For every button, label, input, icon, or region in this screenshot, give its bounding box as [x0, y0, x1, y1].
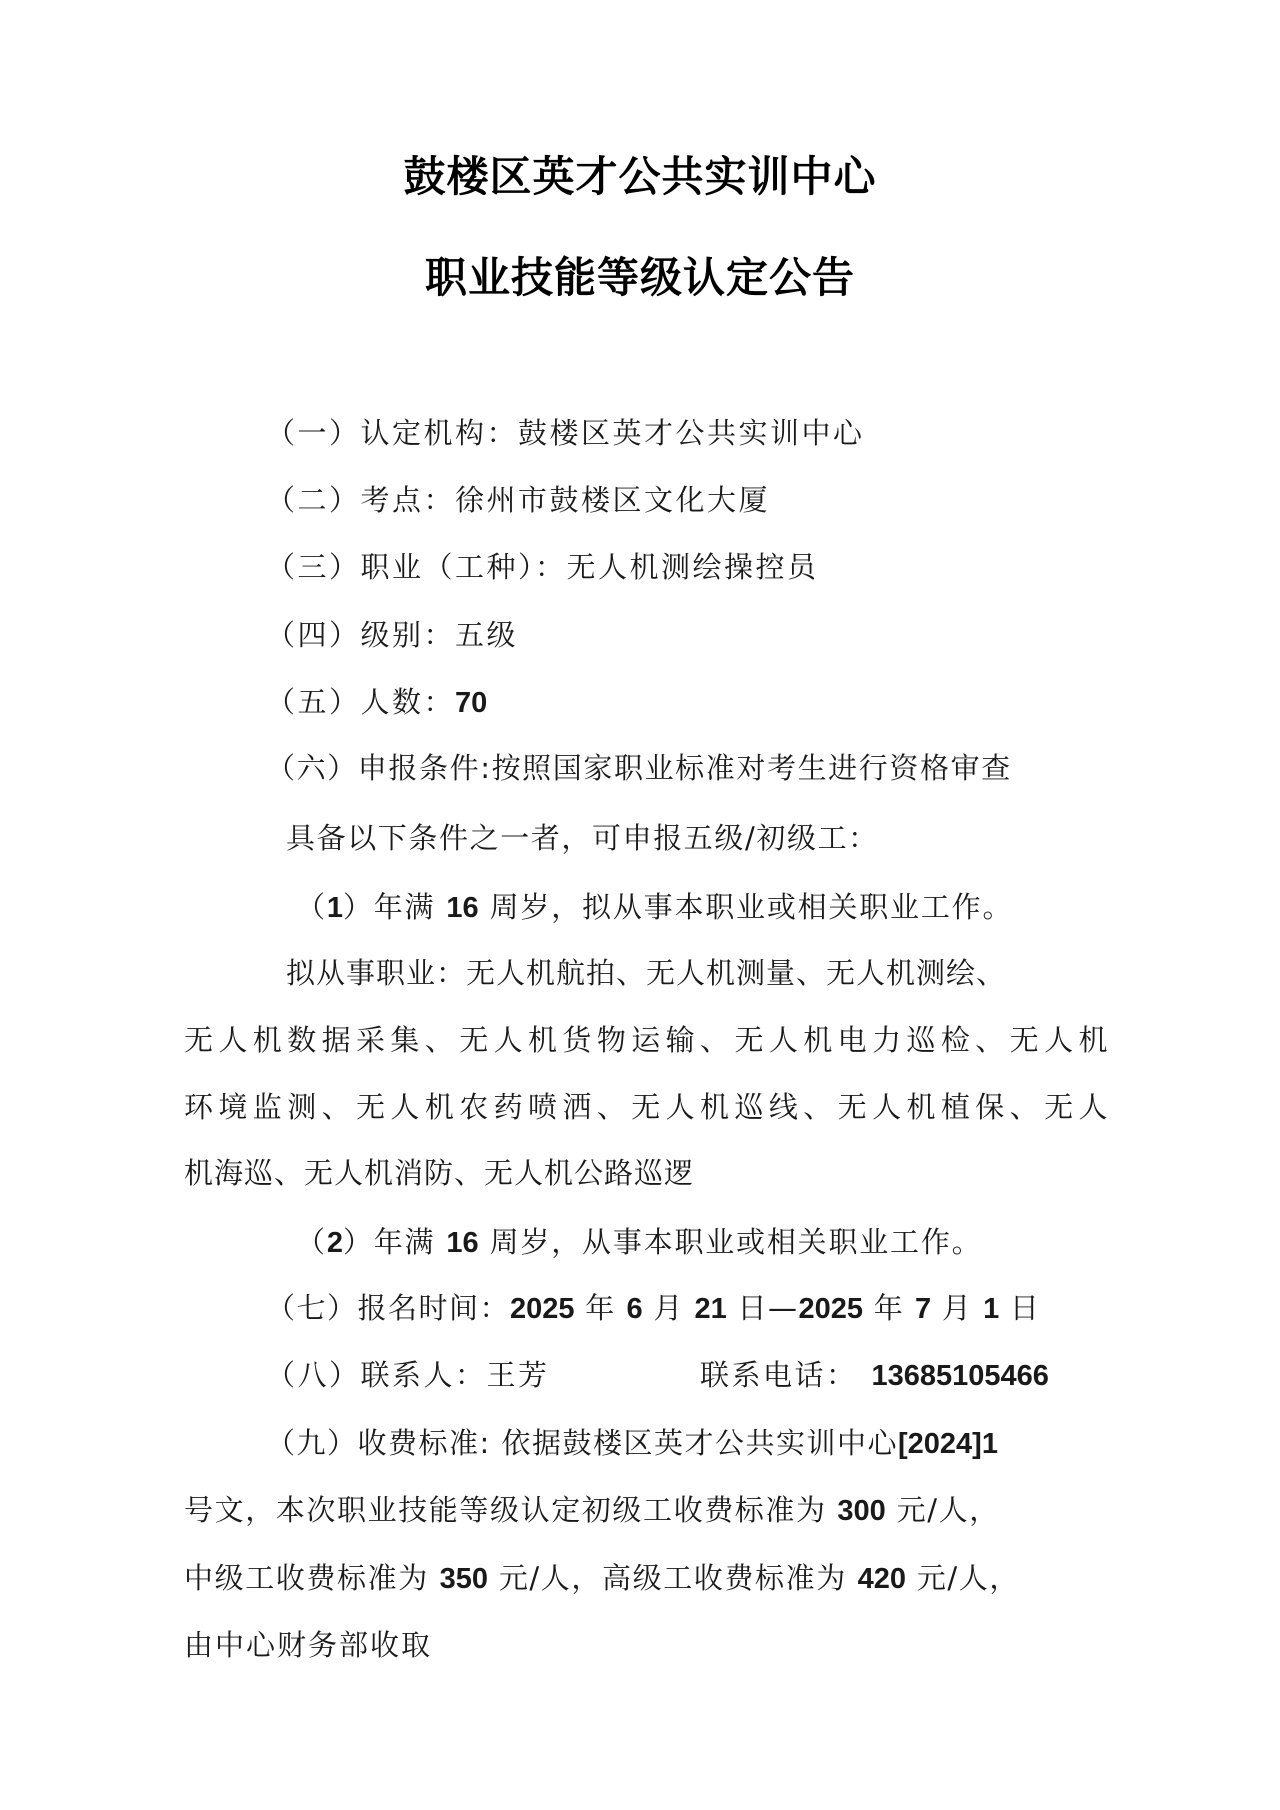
- fee-basis: 依据鼓楼区英才公共实训中心: [502, 1426, 899, 1460]
- start-day: 21: [695, 1293, 727, 1325]
- item-value: 无人机测绘操控员: [567, 550, 819, 584]
- item-label: （二）考点：: [266, 483, 455, 517]
- item-contact-phone: 联系电话：13685105466: [700, 1355, 1049, 1396]
- fee-junior: 300: [837, 1495, 885, 1527]
- age: 16: [446, 1227, 478, 1259]
- item-label: （六）申报条件:: [266, 751, 492, 785]
- phone-number: 13685105466: [872, 1360, 1049, 1392]
- occupations-line-2: 无人机数据采集、无人机货物运输、无人机电力巡检、无人机: [184, 1020, 1108, 1060]
- eligibility-intro: 具备以下条件之一者，可申报五级/初级工：: [286, 818, 879, 858]
- item-level: （四）级别：五级: [266, 615, 518, 655]
- text: ）年满: [343, 890, 446, 924]
- item-headcount: （五）人数：70: [266, 682, 487, 723]
- item-label: （八）联系人：: [266, 1358, 487, 1392]
- start-month: 6: [626, 1293, 642, 1325]
- unit: 日: [999, 1291, 1040, 1325]
- item-fee-standard: （九）收费标准: 依据鼓楼区英才公共实训中心[2024]1: [266, 1423, 998, 1464]
- item-label: （一）认定机构：: [266, 416, 518, 450]
- condition-number: 1: [327, 892, 343, 924]
- eligibility-condition-2: （2）年满 16 周岁，从事本职业或相关职业工作。: [296, 1222, 982, 1263]
- item-label: （七）报名时间：: [266, 1291, 510, 1325]
- item-registration-period: （七）报名时间：2025 年 6 月 21 日—2025 年 7 月 1 日: [266, 1288, 1040, 1329]
- paren: （: [296, 890, 327, 924]
- contact-name: 王芳: [487, 1358, 550, 1392]
- item-label: （四）级别：: [266, 618, 455, 652]
- unit: 月: [931, 1291, 983, 1325]
- end-day: 1: [983, 1293, 999, 1325]
- phone-label: 联系电话：: [700, 1358, 858, 1392]
- title-line-1: 鼓楼区英才公共实训中心: [0, 152, 1280, 202]
- fee-line-2: 号文，本次职业技能等级认定初级工收费标准为 300 元/人，: [184, 1490, 1000, 1531]
- text: 元/人，高级工收费标准为: [488, 1561, 858, 1595]
- unit: 年: [863, 1291, 915, 1325]
- fee-senior: 420: [858, 1563, 906, 1595]
- unit: 年: [575, 1291, 627, 1325]
- item-value: 70: [455, 687, 487, 719]
- item-label: （五）人数：: [266, 685, 455, 719]
- fee-line-3: 中级工收费标准为 350 元/人，高级工收费标准为 420 元/人，: [184, 1558, 1020, 1599]
- text: ）年满: [343, 1225, 446, 1259]
- occupations-line-3: 环境监测、无人机农药喷洒、无人机巡线、无人机植保、无人: [184, 1087, 1108, 1127]
- end-year: 2025: [799, 1293, 864, 1325]
- eligibility-condition-1: （1）年满 16 周岁，拟从事本职业或相关职业工作。: [296, 887, 1013, 928]
- condition-number: 2: [327, 1227, 343, 1259]
- text: 元/人，: [886, 1493, 1000, 1527]
- text: 中级工收费标准为: [184, 1561, 440, 1595]
- occupations-line-4: 机海巡、无人机消防、无人机公路巡逻: [184, 1153, 694, 1193]
- start-year: 2025: [510, 1293, 575, 1325]
- item-label: （三）职业（工种）：: [266, 550, 567, 584]
- item-certifying-body: （一）认定机构：鼓楼区英才公共实训中心: [266, 413, 865, 453]
- unit: 日—: [727, 1291, 799, 1325]
- fee-line-4: 由中心财务部收取: [184, 1625, 432, 1665]
- item-eligibility: （六）申报条件:按照国家职业标准对考生进行资格审查: [266, 748, 1012, 788]
- item-value: 鼓楼区英才公共实训中心: [518, 416, 865, 450]
- doc-reference: [2024]1: [898, 1428, 998, 1460]
- unit: 月: [643, 1291, 695, 1325]
- text: 周岁，拟从事本职业或相关职业工作。: [479, 890, 1014, 924]
- age: 16: [446, 892, 478, 924]
- text: 元/人，: [906, 1561, 1020, 1595]
- end-month: 7: [915, 1293, 931, 1325]
- item-label: （九）收费标准:: [266, 1426, 502, 1460]
- text: 号文，本次职业技能等级认定初级工收费标准为: [184, 1493, 837, 1527]
- item-value: 按照国家职业标准对考生进行资格审查: [492, 751, 1012, 785]
- item-value: 五级: [455, 618, 518, 652]
- fee-intermediate: 350: [440, 1563, 488, 1595]
- item-contact-person: （八）联系人：王芳: [266, 1355, 550, 1395]
- paren: （: [296, 1225, 327, 1259]
- item-occupation: （三）职业（工种）：无人机测绘操控员: [266, 547, 819, 587]
- text: 周岁，从事本职业或相关职业工作。: [479, 1225, 983, 1259]
- occupations-line-1: 拟从事职业：无人机航拍、无人机测量、无人机测绘、: [286, 953, 1108, 993]
- item-exam-site: （二）考点：徐州市鼓楼区文化大厦: [266, 480, 770, 520]
- item-value: 徐州市鼓楼区文化大厦: [455, 483, 770, 517]
- title-line-2: 职业技能等级认定公告: [0, 253, 1280, 303]
